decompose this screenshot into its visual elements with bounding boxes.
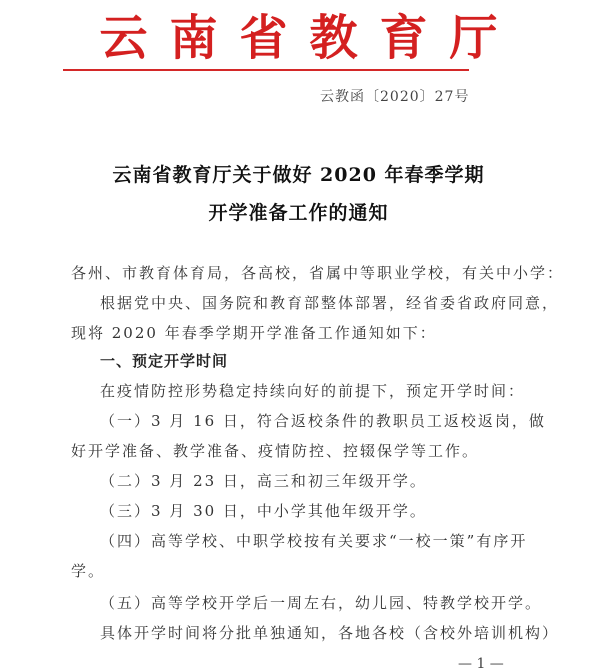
section-heading-1: 一、预定开学时间	[100, 350, 228, 371]
red-divider-line	[63, 69, 469, 71]
list-item-1-line-1: （一）3 月 16 日，符合返校条件的教职员工返校返岗，做	[100, 410, 546, 431]
closing-paragraph-line: 具体开学时间将分批单独通知，各地各校（含校外培训机构）	[100, 622, 559, 643]
addressee: 各州、市教育体育局，各高校，省属中等职业学校，有关中小学：	[71, 262, 564, 283]
document-number: 云教函〔2020〕27号	[320, 86, 469, 106]
intro-paragraph-line-1: 根据党中央、国务院和教育部整体部署，经省委省政府同意，	[100, 292, 559, 313]
document-title-line-1: 云南省教育厅关于做好 2020 年春季学期	[0, 160, 597, 187]
list-item-2: （二）3 月 23 日，高三和初三年级开学。	[100, 470, 427, 491]
list-item-4-line-2: 学。	[71, 560, 105, 581]
document-title-line-2: 开学准备工作的通知	[0, 198, 597, 225]
list-item-4-line-1: （四）高等学校、中职学校按有关要求“一校一策”有序开	[100, 530, 527, 551]
list-item-3: （三）3 月 30 日，中小学其他年级开学。	[100, 500, 427, 521]
page-number: — 1 —	[458, 656, 504, 670]
intro-paragraph-line-2: 现将 2020 年春季学期开学准备工作通知如下：	[71, 322, 437, 343]
section-1-lead: 在疫情防控形势稳定持续向好的前提下，预定开学时间：	[100, 380, 525, 401]
agency-letterhead: 云南省教育厅	[0, 8, 597, 68]
list-item-1-line-2: 好开学准备、教学准备、疫情防控、控辍保学等工作。	[71, 440, 479, 461]
list-item-5: （五）高等学校开学后一周左右，幼儿园、特教学校开学。	[100, 592, 542, 613]
